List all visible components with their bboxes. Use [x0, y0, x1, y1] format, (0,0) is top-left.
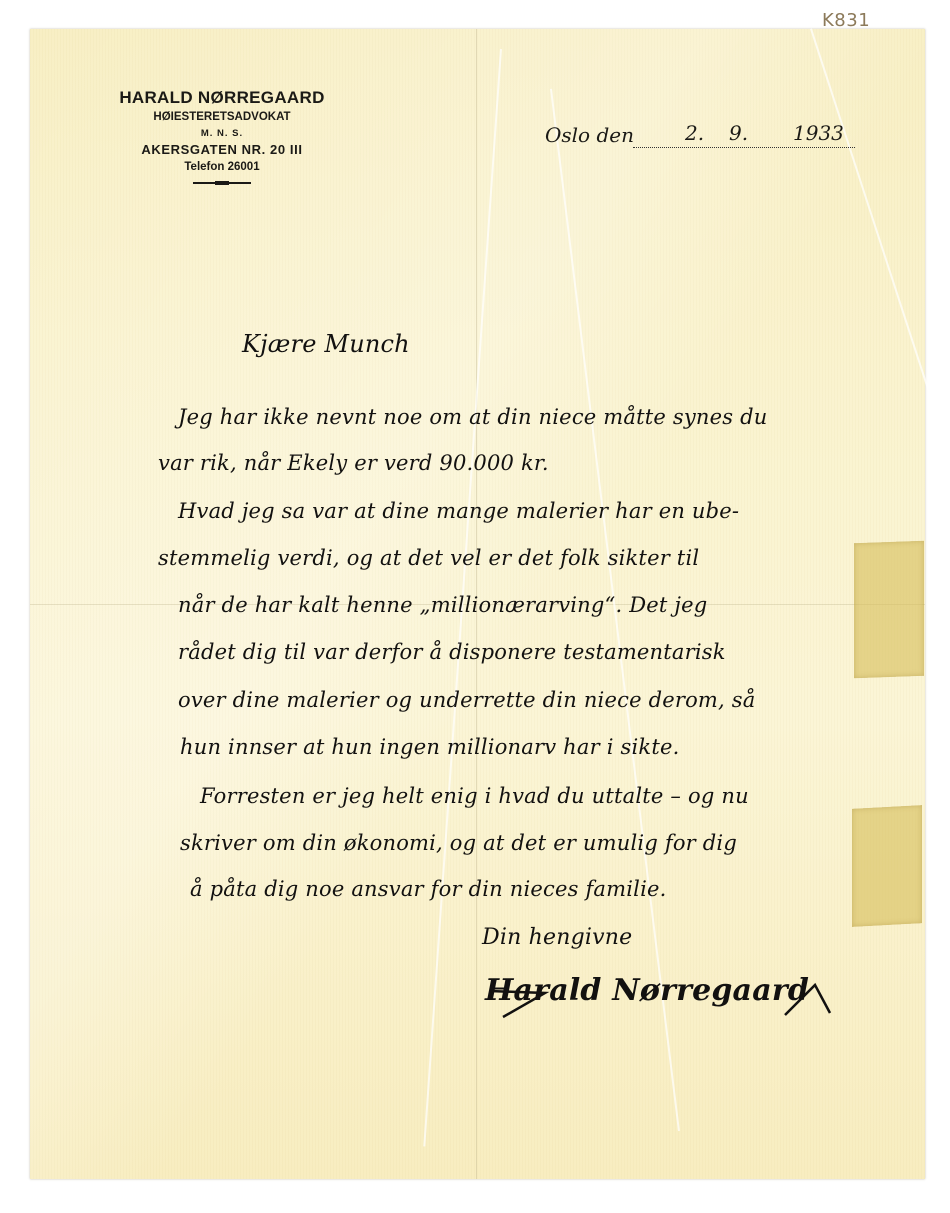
letterhead-address: AKERSGATEN NR. 20 III	[110, 141, 334, 159]
letter-line: når de har kalt henne „millionærarving“.…	[178, 593, 868, 617]
letter-line: stemmelig verdi, og at det vel er det fo…	[158, 546, 848, 570]
dateline: Oslo den 2. 9. 1933	[545, 123, 855, 153]
letter-line: over dine malerier og underrette din nie…	[178, 688, 868, 712]
signature-flourish	[485, 979, 855, 1019]
letter-line: Hvad jeg sa var at dine mange malerier h…	[178, 499, 868, 523]
adhesive-tape	[852, 805, 922, 927]
letter-line: hun innser at hun ingen millionarv har i…	[180, 735, 870, 759]
letterhead-name: HARALD NØRREGAARD	[110, 87, 334, 109]
letter-closing: Din hengivne	[482, 925, 632, 950]
letter-line: Jeg har ikke nevnt noe om at din niece m…	[178, 405, 868, 429]
letter-line: rådet dig til var derfor å disponere tes…	[178, 640, 868, 664]
letterhead: HARALD NØRREGAARD HØIESTERETSADVOKAT M. …	[110, 87, 334, 184]
letterhead-society: M. N. S.	[110, 126, 334, 141]
date-place: Oslo den	[545, 123, 634, 147]
letter-greeting: Kjære Munch	[242, 330, 410, 358]
letterhead-title: HØIESTERETSADVOKAT	[110, 109, 334, 126]
letterhead-phone: Telefon 26001	[110, 159, 334, 176]
date-day: 2.	[685, 121, 704, 145]
archive-catalog-number: K831	[822, 10, 870, 31]
letter-line: å påta dig noe ansvar for din nieces fam…	[190, 877, 880, 901]
letterhead-divider	[193, 182, 251, 184]
date-dotted-line	[633, 147, 855, 148]
letter-line: skriver om din økonomi, og at det er umu…	[180, 831, 870, 855]
letter-line: var rik, når Ekely er verd 90.000 kr.	[158, 451, 848, 475]
date-month: 9.	[729, 121, 748, 145]
date-year: 1933	[793, 121, 844, 145]
letter-paper: HARALD NØRREGAARD HØIESTERETSADVOKAT M. …	[30, 29, 925, 1179]
adhesive-tape	[854, 541, 924, 678]
letter-line: Forresten er jeg helt enig i hvad du utt…	[200, 784, 890, 808]
